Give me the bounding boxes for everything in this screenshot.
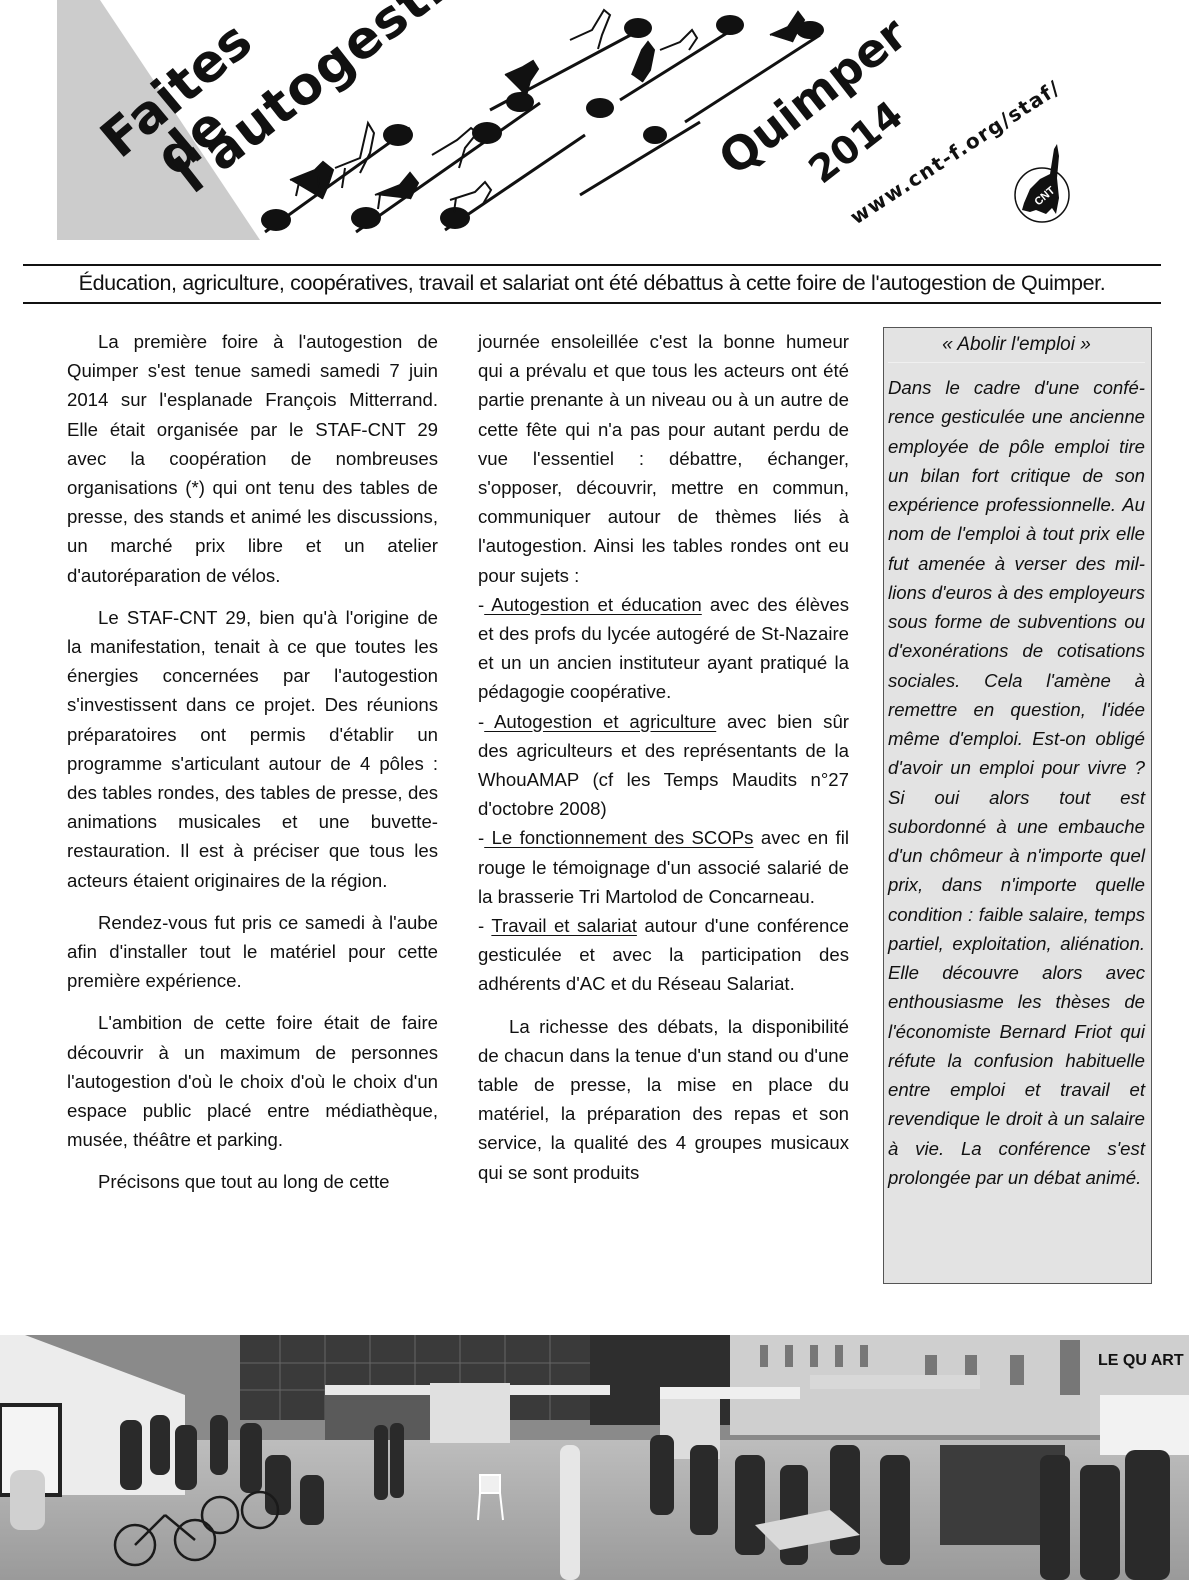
header-banner: Faites de l'autogestion (0, 0, 1189, 245)
topic-title: Travail et salariat (491, 915, 637, 936)
topic-item-agriculture: - Autogestion et agriculture avec bien s… (478, 707, 849, 824)
event-photo: LE QU ART (0, 1335, 1189, 1580)
topic-title: Autogestion et éducation (484, 594, 702, 615)
sidebar-body: Dans le cadre d'une confé­rence gesticul… (888, 373, 1145, 1192)
event-photo-image: LE QU ART (0, 1335, 1189, 1580)
sidebar-box: « Abolir l'emploi » Dans le cadre d'une … (883, 327, 1152, 1284)
subtitle-rule-bottom (23, 302, 1161, 304)
topic-title: Le fonctionnement des SCOPs (484, 827, 753, 848)
sidebar-title: « Abolir l'emploi » (888, 330, 1145, 363)
market-stall-awning (325, 1385, 430, 1395)
paragraph: La richesse des débats, la disponibili­t… (478, 1012, 849, 1187)
topic-item-travail: - Travail et salariat autour d'une confé… (478, 911, 849, 999)
paragraph: Rendez-vous fut pris ce samedi à l'aube … (67, 908, 438, 996)
paragraph: L'ambition de cette foire était de faire… (67, 1008, 438, 1154)
article-subtitle: Éducation, agriculture, coopératives, tr… (23, 268, 1161, 298)
paragraph: journée ensoleillée c'est la bonne hu­me… (478, 327, 849, 590)
topic-item-education: - Autogestion et éducation avec des élèv… (478, 590, 849, 707)
article-column-1: La première foire à l'autogestion de Qui… (67, 327, 438, 1197)
cnt-cat-logo-icon: CNT (1015, 144, 1069, 222)
topic-dash: - (478, 915, 491, 936)
photo-sign-text: LE QU ART (1098, 1352, 1184, 1369)
paragraph: La première foire à l'autogestion de Qui… (67, 327, 438, 590)
topic-title: Autogestion et agriculture (484, 711, 716, 732)
topic-item-scops: - Le fonctionnement des SCOPs avec en fi… (478, 823, 849, 911)
subtitle-rule-top (23, 264, 1161, 266)
paragraph: Précisons que tout au long de cette (67, 1167, 438, 1196)
banner-artwork: Faites de l'autogestion (0, 0, 1189, 245)
article-column-2: journée ensoleillée c'est la bonne hu­me… (478, 327, 849, 1187)
paragraph: Le STAF-CNT 29, bien qu'à l'origine de l… (67, 603, 438, 895)
